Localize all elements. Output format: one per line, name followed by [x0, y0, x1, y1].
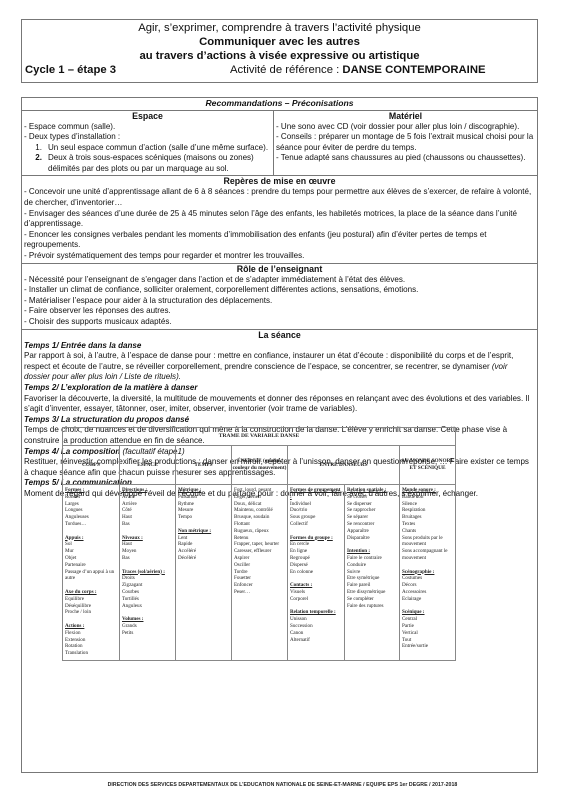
- variable-group: Fort, lourd, pesantLéger, aérienDoux, dé…: [234, 487, 285, 596]
- variable-item: Tempo: [178, 514, 229, 521]
- materiel-item: - Conseils : préparer un montage de 5 fo…: [276, 132, 535, 153]
- variable-group-label: Monde sonore :: [402, 487, 453, 494]
- header-corps: CORPS: [63, 446, 120, 484]
- variable-group-label: Scénique :: [402, 609, 453, 616]
- variable-item: En colonne: [290, 569, 342, 576]
- activity-reference: Activité de référence : DANSE CONTEMPORA…: [230, 63, 486, 78]
- variable-group: Intention :Faire le contraireConduireSui…: [347, 548, 397, 609]
- temps-text: Favoriser la découverte, la diversité, l…: [24, 394, 535, 415]
- variable-item: Faire pareil: [347, 582, 397, 589]
- variable-item: Haut: [122, 541, 173, 548]
- variable-item: Avant: [122, 494, 173, 501]
- variable-item: Faire le contraire: [347, 555, 397, 562]
- variable-group-label: Axe du corps :: [65, 589, 117, 596]
- variable-item: Larges: [65, 501, 117, 508]
- variable-group-label: Relation spatiale :: [347, 487, 397, 494]
- variable-item: Arrière: [122, 501, 173, 508]
- variable-item: Etre dissymétrique: [347, 589, 397, 596]
- variable-item: Se séparer: [347, 514, 397, 521]
- activity-value: DANSE CONTEMPORAINE: [342, 64, 485, 76]
- trame-column-entre-danseurs-groupes: Formes de groupement :IndividuelDuo/trio…: [288, 485, 345, 660]
- variable-item: Mesure: [178, 507, 229, 514]
- role-item: - Installer un climat de confiance, soll…: [24, 285, 535, 296]
- temps-heading: Temps 1/ Entrée dans la danse: [24, 341, 535, 352]
- reperes-section: Repères de mise en œuvre - Concevoir une…: [22, 176, 537, 263]
- variable-item: Aspirer: [234, 555, 285, 562]
- temps-title: Temps 3/ La structuration du propos dans…: [24, 415, 189, 424]
- trame-column-corps: Formes :RondesLargesLonguesAnguleusesTor…: [63, 485, 120, 660]
- variable-group: Scénique :CentralPartieVerticalToutEntré…: [402, 609, 453, 650]
- variable-item: Suivre: [347, 569, 397, 576]
- variable-item: Se rencontrer: [347, 521, 397, 528]
- role-item: - Matérialiser l’espace pour aider à la …: [24, 296, 535, 307]
- variable-item: Etre symétrique: [347, 575, 397, 582]
- variable-item: Succession: [290, 623, 342, 630]
- trame-body-row: Formes :RondesLargesLonguesAnguleusesTor…: [63, 485, 455, 660]
- variable-item: Partie: [402, 623, 453, 630]
- variable-item: Pulsation: [178, 494, 229, 501]
- header-entre-danseurs: ENTRE DANSEURS: [288, 446, 400, 484]
- variable-item: Silence: [402, 501, 453, 508]
- role-item: - Faire observer les réponses des autres…: [24, 306, 535, 317]
- espace-title: Espace: [24, 111, 271, 122]
- trame-variables-table: TRAME DE VARIABLE DANSE CORPS ESPACE TEM…: [62, 427, 456, 661]
- materiel-column: Matériel - Une sono avec CD (voir dossie…: [274, 111, 537, 176]
- variable-item: Equilibre: [65, 596, 117, 603]
- header-espace: ESPACE: [120, 446, 176, 484]
- variable-item: Mur: [65, 548, 117, 555]
- activity-label: Activité de référence :: [230, 64, 342, 76]
- variable-item: Vertical: [402, 630, 453, 637]
- variable-item: Haut: [122, 514, 173, 521]
- variable-group-label: Métrique :: [178, 487, 229, 494]
- variable-group: Niveaux :HautMoyenBas: [122, 535, 173, 562]
- variable-item: Déséquilibre: [65, 603, 117, 610]
- variable-group-label: Intention :: [347, 548, 397, 555]
- temps-body: Favoriser la découverte, la diversité, l…: [24, 394, 529, 414]
- variable-item: Canon: [290, 630, 342, 637]
- variable-item: Osciller: [234, 562, 285, 569]
- variable-group-label: Traces (sol/aérien) :: [122, 569, 173, 576]
- header-monde-sonore: AU MONDE SONORE ET SCÉNIQUE: [400, 446, 455, 484]
- variable-item: Sol: [65, 541, 117, 548]
- seance-title: La séance: [24, 330, 535, 341]
- variable-item: Retenu: [234, 535, 285, 542]
- role-item: - Nécessité pour l’enseignant de s’engag…: [24, 275, 535, 286]
- variable-group-label: Actions :: [65, 623, 117, 630]
- temps-body: Par rapport à soi, à l’autre, à l’espace…: [24, 351, 513, 371]
- temps-heading: Temps 2/ L’exploration de la matière à d…: [24, 383, 535, 394]
- variable-item: Flottant: [234, 521, 285, 528]
- variable-item: Bruitages: [402, 514, 453, 521]
- reperes-item: - Envisager des séances d’une durée de 2…: [24, 209, 535, 230]
- variable-group: Actions :FlexionExtensionRotationTransla…: [65, 623, 117, 657]
- variable-item: Rondes: [65, 494, 117, 501]
- reperes-item: - Concevoir une unité d’apprentissage al…: [24, 187, 535, 208]
- variable-item: Regroupé: [290, 555, 342, 562]
- variable-group-label: Directions :: [122, 487, 173, 494]
- installation-item: 1.Un seul espace commun d’action (salle …: [24, 143, 271, 154]
- list-number: 2.: [24, 153, 48, 174]
- materiel-item: - Tenue adapté sans chaussures au pied (…: [276, 153, 535, 164]
- role-section: Rôle de l’enseignant - Nécessité pour l’…: [22, 264, 537, 330]
- materiel-item: - Une sono avec CD (voir dossier pour al…: [276, 122, 535, 133]
- installation-item: 2.Deux à trois sous-espaces scéniques (m…: [24, 153, 271, 174]
- variable-group-label: Formes du groupe :: [290, 535, 342, 542]
- temps-text: Par rapport à soi, à l’autre, à l’espace…: [24, 351, 535, 383]
- variable-item: Alternatif: [290, 637, 342, 644]
- variable-group-label: Formes de groupement :: [290, 487, 342, 501]
- list-text: Deux à trois sous-espaces scéniques (mai…: [48, 153, 271, 174]
- recommandations-title: Recommandations – Préconisations: [22, 98, 537, 111]
- variable-item: Maintenu, contrôlé: [234, 507, 285, 514]
- variable-item: Bas: [122, 555, 173, 562]
- variable-group-label: Appuis :: [65, 535, 117, 542]
- variable-item: Rugueux, râpeux: [234, 528, 285, 535]
- trame-column-espace: Directions :AvantArrièreCôtéHautBasNivea…: [120, 485, 176, 660]
- variable-item: Costumes: [402, 575, 453, 582]
- variable-group: Traces (sol/aérien) :DroitsZigzagantCour…: [122, 569, 173, 610]
- variable-group-label: Non métrique :: [178, 528, 229, 535]
- variable-item: Tordues…: [65, 521, 117, 528]
- variable-group: Formes de groupement :IndividuelDuo/trio…: [290, 487, 342, 528]
- variable-group: Directions :AvantArrièreCôtéHautBas: [122, 487, 173, 528]
- variable-group: Volumes :GrandsPetits: [122, 616, 173, 636]
- variable-group: Formes du groupe :En cercleEn ligneRegro…: [290, 535, 342, 576]
- variable-group-label: Contacts :: [290, 582, 342, 589]
- trame-column-entre-danseurs-relations: Relation spatiale :Se croiserSe disperse…: [345, 485, 400, 660]
- variable-group-label: Formes :: [65, 487, 117, 494]
- cycle-label: Cycle 1 – étape 3: [25, 63, 230, 78]
- variable-group: Métrique :PulsationRythmeMesureTempo: [178, 487, 229, 521]
- variable-item: Bas: [122, 521, 173, 528]
- variable-item: Tordre: [234, 569, 285, 576]
- objective-line-1: Communiquer avec les autres: [22, 35, 537, 49]
- variable-group: Non métrique :LentRapideAccéléréDécéléré: [178, 528, 229, 562]
- role-title: Rôle de l’enseignant: [24, 264, 535, 275]
- document-header: Agir, s’exprimer, comprendre à travers l…: [21, 19, 538, 83]
- variable-item: Corporel: [290, 596, 342, 603]
- variable-item: Objet: [65, 555, 117, 562]
- variable-item: Passage d’un appui à un autre: [65, 569, 117, 583]
- recommandations-section: Espace - Espace commun (salle). - Deux t…: [22, 111, 537, 177]
- espace-column: Espace - Espace commun (salle). - Deux t…: [22, 111, 274, 176]
- variable-item: Accessoires: [402, 589, 453, 596]
- variable-item: Apparaître: [347, 528, 397, 535]
- materiel-title: Matériel: [276, 111, 535, 122]
- variable-group-label: Niveaux :: [122, 535, 173, 542]
- variable-group: Relation spatiale :Se croiserSe disperse…: [347, 487, 397, 541]
- reperes-item: - Enoncer les consignes verbales pendant…: [24, 230, 535, 251]
- variable-group-label: Scénographie :: [402, 569, 453, 576]
- reperes-item: - Prévoir systématiquement des temps pou…: [24, 251, 535, 262]
- trame-column-monde-sonore: Monde sonore :Bande sonSilenceRespiratio…: [400, 485, 455, 660]
- variable-item: En cercle: [290, 541, 342, 548]
- variable-group: Relation temporelle :UnissonSuccessionCa…: [290, 609, 342, 643]
- variable-group: Contacts :VisuelsCorporel: [290, 582, 342, 602]
- installation-list: 1.Un seul espace commun d’action (salle …: [24, 143, 271, 175]
- variable-item: Proche / loin: [65, 609, 117, 616]
- variable-item: Doux, délicat: [234, 501, 285, 508]
- temps-heading: Temps 3/ La structuration du propos dans…: [24, 415, 535, 426]
- variable-item: Disparaître: [347, 535, 397, 542]
- variable-item: Unisson: [290, 616, 342, 623]
- variable-item: Côté: [122, 507, 173, 514]
- header-temps: TEMPS: [176, 446, 232, 484]
- variable-item: Anguleuses: [65, 514, 117, 521]
- variable-item: Rythme: [178, 501, 229, 508]
- trame-column-energie: Fort, lourd, pesantLéger, aérienDoux, dé…: [232, 485, 288, 660]
- variable-item: Fort, lourd, pesant: [234, 487, 285, 494]
- variable-item: Tout: [402, 637, 453, 644]
- variable-item: Se disperser: [347, 501, 397, 508]
- temps-title: Temps 1/ Entrée dans la danse: [24, 341, 141, 350]
- variable-item: Caresser, effleurer: [234, 548, 285, 555]
- role-item: - Choisir des supports musicaux adaptés.: [24, 317, 535, 328]
- variable-item: Visuels: [290, 589, 342, 596]
- reperes-title: Repères de mise en œuvre: [24, 176, 535, 187]
- page-footer: DIRECTION DES SERVICES DEPARTEMENTAUX DE…: [0, 782, 565, 788]
- header-energie: ÉNERGIE (qualité, couleur du mouvement): [232, 446, 288, 484]
- variable-item: Se rapprocher: [347, 507, 397, 514]
- variable-item: Respiration: [402, 507, 453, 514]
- variable-item: Partenaire: [65, 562, 117, 569]
- variable-item: Brusque, soudain: [234, 514, 285, 521]
- variable-item: Flexion: [65, 630, 117, 637]
- variable-item: Droits: [122, 575, 173, 582]
- variable-item: Petits: [122, 630, 173, 637]
- variable-group: Monde sonore :Bande sonSilenceRespiratio…: [402, 487, 453, 562]
- variable-item: Se croiser: [347, 494, 397, 501]
- variable-item: Anguleux: [122, 603, 173, 610]
- variable-item: Textes: [402, 521, 453, 528]
- variable-item: Duo/trio: [290, 507, 342, 514]
- variable-item: Individuel: [290, 501, 342, 508]
- variable-item: Chants: [402, 528, 453, 535]
- variable-item: Collectif: [290, 521, 342, 528]
- variable-item: Peser…: [234, 589, 285, 596]
- variable-item: Lent: [178, 535, 229, 542]
- variable-item: Extension: [65, 637, 117, 644]
- variable-item: Sons accompagnant le mouvement: [402, 548, 453, 562]
- variable-item: Accéléré: [178, 548, 229, 555]
- variable-item: Sous groupe: [290, 514, 342, 521]
- trame-header-row: CORPS ESPACE TEMPS ÉNERGIE (qualité, cou…: [63, 446, 455, 485]
- variable-item: Enfoncer: [234, 582, 285, 589]
- variable-item: Zigzagant: [122, 582, 173, 589]
- variable-item: Eclairage: [402, 596, 453, 603]
- objective-line-2: au travers d’actions à visée expressive …: [22, 49, 537, 63]
- cycle-activity-line: Cycle 1 – étape 3 Activité de référence …: [22, 63, 537, 78]
- variable-item: Entrée/sortie: [402, 643, 453, 650]
- variable-group: Axe du corps :EquilibreDéséquilibreProch…: [65, 589, 117, 616]
- variable-item: Décors: [402, 582, 453, 589]
- variable-group: Appuis :SolMurObjetPartenairePassage d’u…: [65, 535, 117, 583]
- variable-item: Translation: [65, 650, 117, 657]
- variable-group: Scénographie :CostumesDécorsAccessoiresE…: [402, 569, 453, 603]
- list-number: 1.: [24, 143, 48, 154]
- variable-item: Grands: [122, 623, 173, 630]
- variable-group: Formes :RondesLargesLonguesAnguleusesTor…: [65, 487, 117, 528]
- variable-item: Rapide: [178, 541, 229, 548]
- variable-item: Courbes: [122, 589, 173, 596]
- domain-line: Agir, s’exprimer, comprendre à travers l…: [22, 21, 537, 35]
- variable-item: Central: [402, 616, 453, 623]
- variable-group-label: Relation temporelle :: [290, 609, 342, 616]
- variable-item: Décéléré: [178, 555, 229, 562]
- variable-item: Conduire: [347, 562, 397, 569]
- list-text: Un seul espace commun d’action (salle d’…: [48, 143, 268, 154]
- trame-title: TRAME DE VARIABLE DANSE: [63, 428, 455, 446]
- variable-item: Léger, aérien: [234, 494, 285, 501]
- variable-item: Se compléter: [347, 596, 397, 603]
- variable-item: Rotation: [65, 643, 117, 650]
- trame-column-temps: Métrique :PulsationRythmeMesureTempoNon …: [176, 485, 232, 660]
- variable-item: Moyen: [122, 548, 173, 555]
- variable-item: Faire des ruptures: [347, 603, 397, 610]
- variable-group-label: Volumes :: [122, 616, 173, 623]
- variable-item: Longues: [65, 507, 117, 514]
- temps-title: Temps 2/ L’exploration de la matière à d…: [24, 383, 198, 392]
- variable-item: En ligne: [290, 548, 342, 555]
- variable-item: Tortillés: [122, 596, 173, 603]
- variable-item: Dispersé: [290, 562, 342, 569]
- variable-item: Bande son: [402, 494, 453, 501]
- espace-item: - Espace commun (salle).: [24, 122, 271, 133]
- variable-item: Sons produits par le mouvement: [402, 535, 453, 549]
- espace-item: - Deux types d’installation :: [24, 132, 271, 143]
